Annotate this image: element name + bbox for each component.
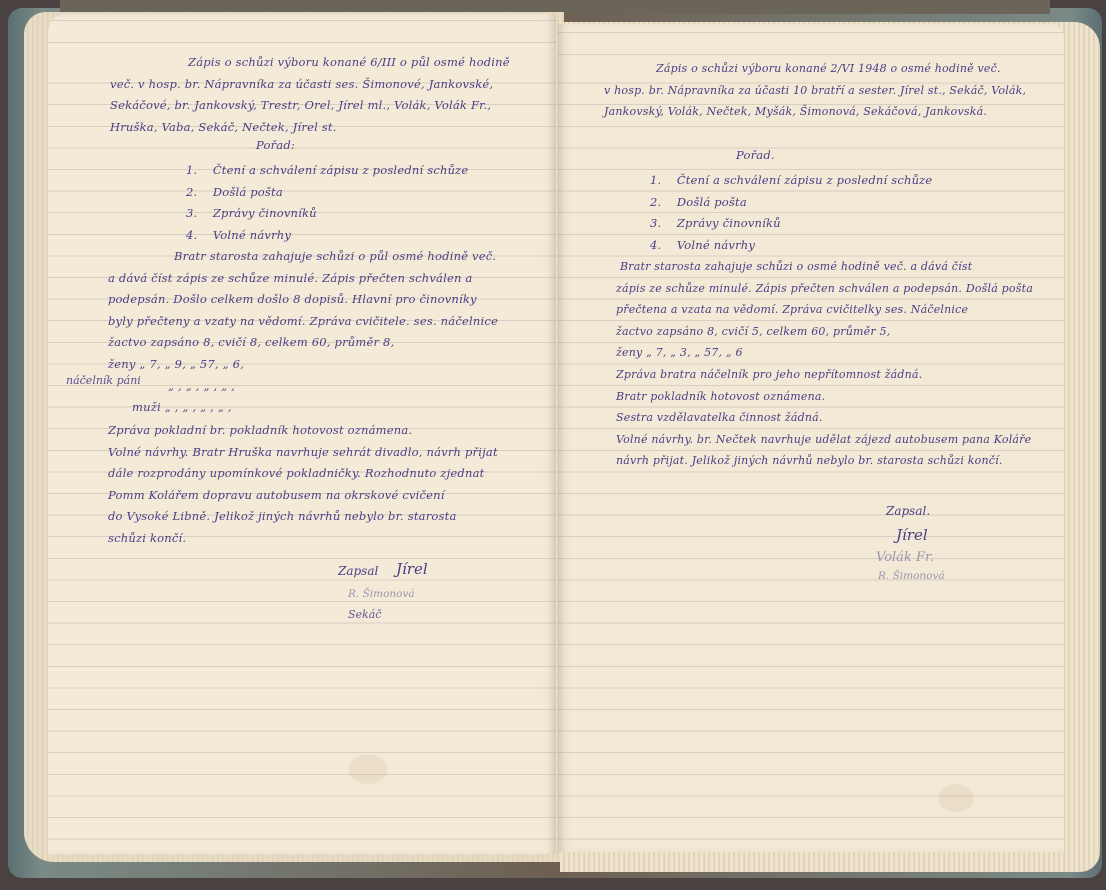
body-line: přečtena a vzata na vědomí. Zpráva cviči… xyxy=(616,299,1033,321)
agenda-list: 1. Čtení a schválení zápisu z poslední s… xyxy=(650,170,932,256)
paper-stain xyxy=(348,754,388,784)
cosignature: R. Šimonová xyxy=(348,588,415,600)
agenda-title: Pořad: xyxy=(256,138,295,152)
signature: Jírel xyxy=(396,560,428,578)
heading-line: več. v hosp. br. Nápravníka za účasti se… xyxy=(110,74,510,96)
cosignature: Sekáč xyxy=(348,608,381,621)
heading-line: Hruška, Vaba, Sekáč, Nečtek, Jírel st. xyxy=(110,117,510,139)
heading-line: Jankovský, Volák, Nečtek, Myšák, Šimonov… xyxy=(604,101,1026,123)
closing-line: Volné návrhy. Bratr Hruška navrhuje sehr… xyxy=(108,442,498,464)
heading-line: Zápis o schůzi výboru konané 6/III o půl… xyxy=(110,52,510,74)
closing-line: Pomm Kolářem dopravu autobusem na okrsko… xyxy=(108,485,498,507)
closing-line: schůzi končí. xyxy=(108,528,498,550)
agenda-item: 3. Zprávy činovníků xyxy=(650,213,932,235)
closing-line: do Vysoké Libně. Jelikož jiných návrhů n… xyxy=(108,506,498,528)
cosignature: Volák Fr. xyxy=(876,550,934,565)
agenda-title: Pořad. xyxy=(736,148,775,162)
agenda-number: 2. xyxy=(650,195,661,209)
body-line: Bratr starosta zahajuje schůzi o osmé ho… xyxy=(616,256,1033,278)
body-line: žactvo zapsáno 8, cvičí 5, celkem 60, pr… xyxy=(616,321,1033,343)
body-line: ženy „ 7, „ 9, „ 57, „ 6, xyxy=(108,354,498,376)
body-line: byly přečteny a vzaty na vědomí. Zpráva … xyxy=(108,311,498,333)
agenda-number: 1. xyxy=(650,173,661,187)
left-page: Zápis o schůzi výboru konané 6/III o půl… xyxy=(48,14,556,854)
agenda-item: 4. Volné návrhy xyxy=(650,235,932,257)
body-line: Zpráva bratra náčelník pro jeho nepřítom… xyxy=(616,364,1033,386)
paper-stain xyxy=(938,784,974,812)
heading-line: Sekáčové, br. Jankovský, Trestr, Orel, J… xyxy=(110,95,510,117)
right-page: Zápis o schůzi výboru konané 2/VI 1948 o… xyxy=(558,24,1064,852)
agenda-number: 3. xyxy=(186,206,197,220)
agenda-list: 1. Čtení a schválení zápisu z poslední s… xyxy=(186,160,468,246)
body-line: zápis ze schůze minulé. Zápis přečten sc… xyxy=(616,278,1033,300)
right-body: Bratr starosta zahajuje schůzi o osmé ho… xyxy=(616,256,1033,472)
body-line: Bratr starosta zahajuje schůzi o půl osm… xyxy=(108,246,498,268)
left-heading: Zápis o schůzi výboru konané 6/III o půl… xyxy=(110,52,510,138)
signature: Jírel xyxy=(896,526,928,544)
body-line: podepsán. Došlo celkem došlo 8 dopisů. H… xyxy=(108,289,498,311)
right-heading: Zápis o schůzi výboru konané 2/VI 1948 o… xyxy=(604,58,1026,123)
agenda-text: Zprávy činovníků xyxy=(677,216,781,230)
agenda-item: 1. Čtení a schválení zápisu z poslední s… xyxy=(186,160,468,182)
closing-line: dále rozprodány upomínkové pokladničky. … xyxy=(108,463,498,485)
left-closing: Zpráva pokladní br. pokladník hotovost o… xyxy=(108,420,498,550)
agenda-number: 3. xyxy=(650,216,661,230)
margin-note: náčelník páni xyxy=(66,374,141,387)
agenda-number: 1. xyxy=(186,163,197,177)
agenda-text: Došlá pošta xyxy=(213,185,283,199)
agenda-item: 3. Zprávy činovníků xyxy=(186,203,468,225)
agenda-text: Čtení a schválení zápisu z poslední schů… xyxy=(677,173,933,187)
cosignature: R. Šimonová xyxy=(878,570,945,582)
closing-line: Zpráva pokladní br. pokladník hotovost o… xyxy=(108,420,498,442)
heading-line: Zápis o schůzi výboru konané 2/VI 1948 o… xyxy=(604,58,1026,80)
heading-line: v hosp. br. Nápravníka za účasti 10 brat… xyxy=(604,80,1026,102)
body-line: Bratr pokladník hotovost oznámena. xyxy=(616,386,1033,408)
body-line: Volné návrhy. br. Nečtek navrhuje udělat… xyxy=(616,429,1033,451)
body-line: a dává číst zápis ze schůze minulé. Zápi… xyxy=(108,268,498,290)
body-line: žactvo zapsáno 8, cvičí 8, celkem 60, pr… xyxy=(108,332,498,354)
body-line: ženy „ 7, „ 3, „ 57, „ 6 xyxy=(616,342,1033,364)
ditto-row: muži „ , „ , „ , „ , xyxy=(108,397,498,419)
agenda-item: 2. Došlá pošta xyxy=(186,182,468,204)
agenda-item: 1. Čtení a schválení zápisu z poslední s… xyxy=(650,170,932,192)
agenda-item: 4. Volné návrhy xyxy=(186,225,468,247)
agenda-text: Došlá pošta xyxy=(677,195,747,209)
agenda-text: Volné návrhy xyxy=(677,238,755,252)
body-line: návrh přijat. Jelikož jiných návrhů neby… xyxy=(616,450,1033,472)
left-body: Bratr starosta zahajuje schůzi o půl osm… xyxy=(108,246,498,419)
agenda-text: Volné návrhy xyxy=(213,228,291,242)
ditto-row: „ , „ , „ , „ , xyxy=(108,376,498,398)
signature-label: Zapsal. xyxy=(886,504,930,518)
agenda-number: 4. xyxy=(650,238,661,252)
signature-label: Zapsal xyxy=(338,564,378,578)
agenda-number: 2. xyxy=(186,185,197,199)
body-line: Sestra vzdělavatelka činnost žádná. xyxy=(616,407,1033,429)
agenda-text: Čtení a schválení zápisu z poslední schů… xyxy=(213,163,469,177)
agenda-item: 2. Došlá pošta xyxy=(650,192,932,214)
agenda-number: 4. xyxy=(186,228,197,242)
agenda-text: Zprávy činovníků xyxy=(213,206,317,220)
